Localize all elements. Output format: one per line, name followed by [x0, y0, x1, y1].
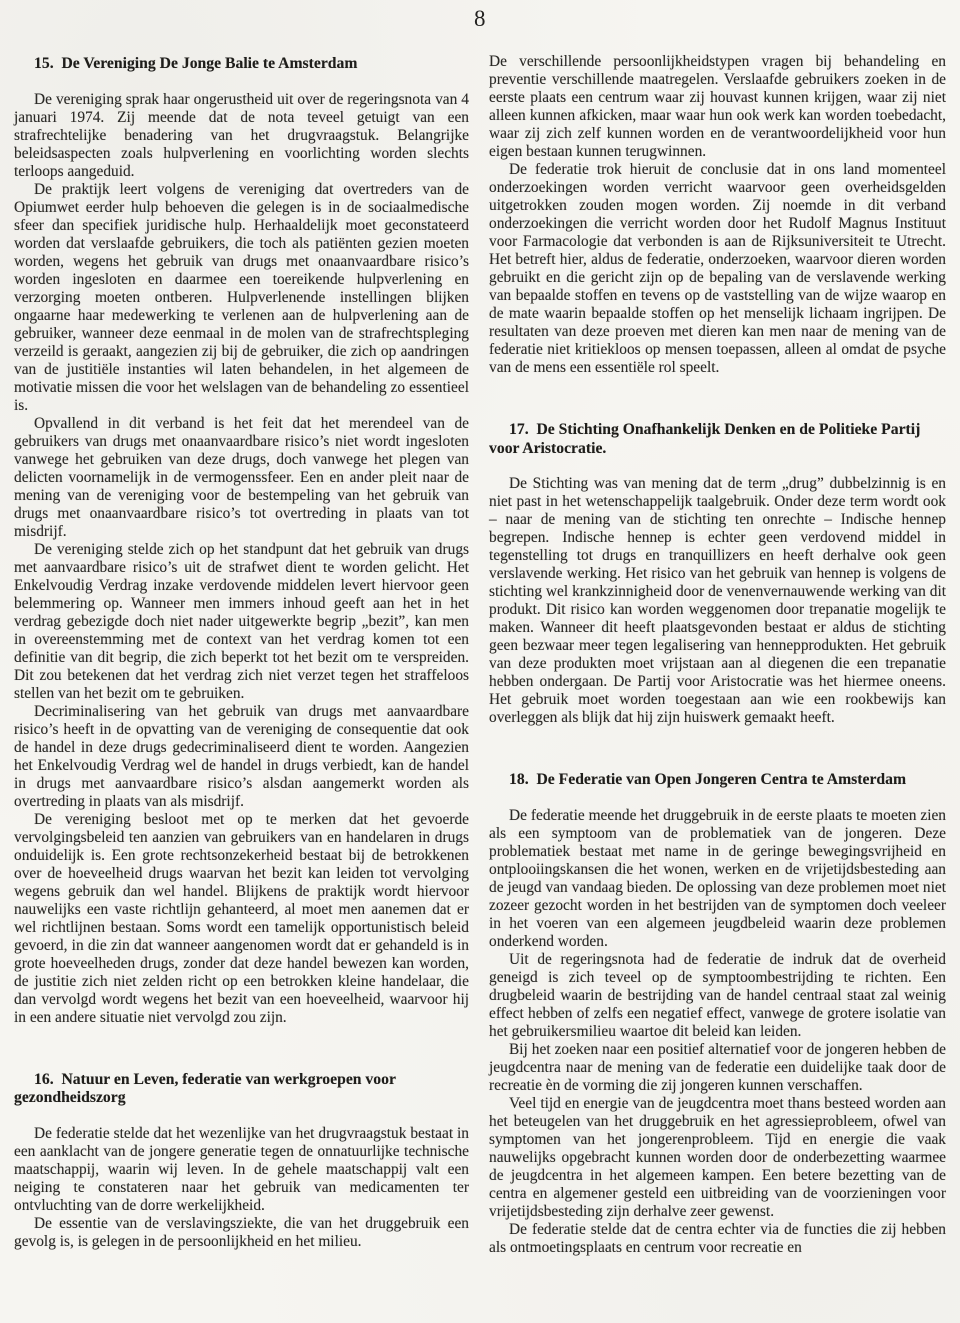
paragraph: De federatie trok hieruit de conclusie d…	[489, 161, 946, 377]
paragraph: De praktijk leert volgens de vereniging …	[14, 181, 469, 415]
paragraph: Opvallend in dit verband is het feit dat…	[14, 415, 469, 541]
paragraph: Veel tijd en energie van de jeugdcentra …	[489, 1095, 946, 1221]
paragraph: Decriminalisering van het gebruik van dr…	[14, 703, 469, 811]
paragraph: De federatie meende het druggebruik in d…	[489, 807, 946, 951]
paragraph: De Stichting was van mening dat de term …	[489, 475, 946, 727]
paragraph: Bij het zoeken naar een positief alterna…	[489, 1041, 946, 1095]
section-16-heading: 16. Natuur en Leven, federatie van werkg…	[14, 1071, 469, 1108]
paragraph: De verschillende persoonlijkheidstypen v…	[489, 53, 946, 161]
right-column: De verschillende persoonlijkheidstypen v…	[489, 53, 946, 1257]
paragraph: De vereniging stelde zich op het standpu…	[14, 541, 469, 703]
left-column: 15. De Vereniging De Jonge Balie te Amst…	[14, 53, 469, 1251]
page-number: 8	[0, 6, 960, 32]
paragraph: De vereniging besloot met op te merken d…	[14, 811, 469, 1027]
section-17-heading: 17. De Stichting Onafhankelijk Denken en…	[489, 421, 946, 458]
document-page: 8 15. De Vereniging De Jonge Balie te Am…	[0, 0, 960, 1323]
section-15-heading: 15. De Vereniging De Jonge Balie te Amst…	[14, 55, 469, 74]
paragraph: Uit de regeringsnota had de federatie de…	[489, 951, 946, 1041]
paragraph: De federatie stelde dat de centra echter…	[489, 1221, 946, 1257]
paragraph: De essentie van de verslavingsziekte, di…	[14, 1215, 469, 1251]
section-18-heading: 18. De Federatie van Open Jongeren Centr…	[489, 771, 946, 790]
paragraph: De federatie stelde dat het wezenlijke v…	[14, 1125, 469, 1215]
paragraph: De vereniging sprak haar ongerustheid ui…	[14, 91, 469, 181]
